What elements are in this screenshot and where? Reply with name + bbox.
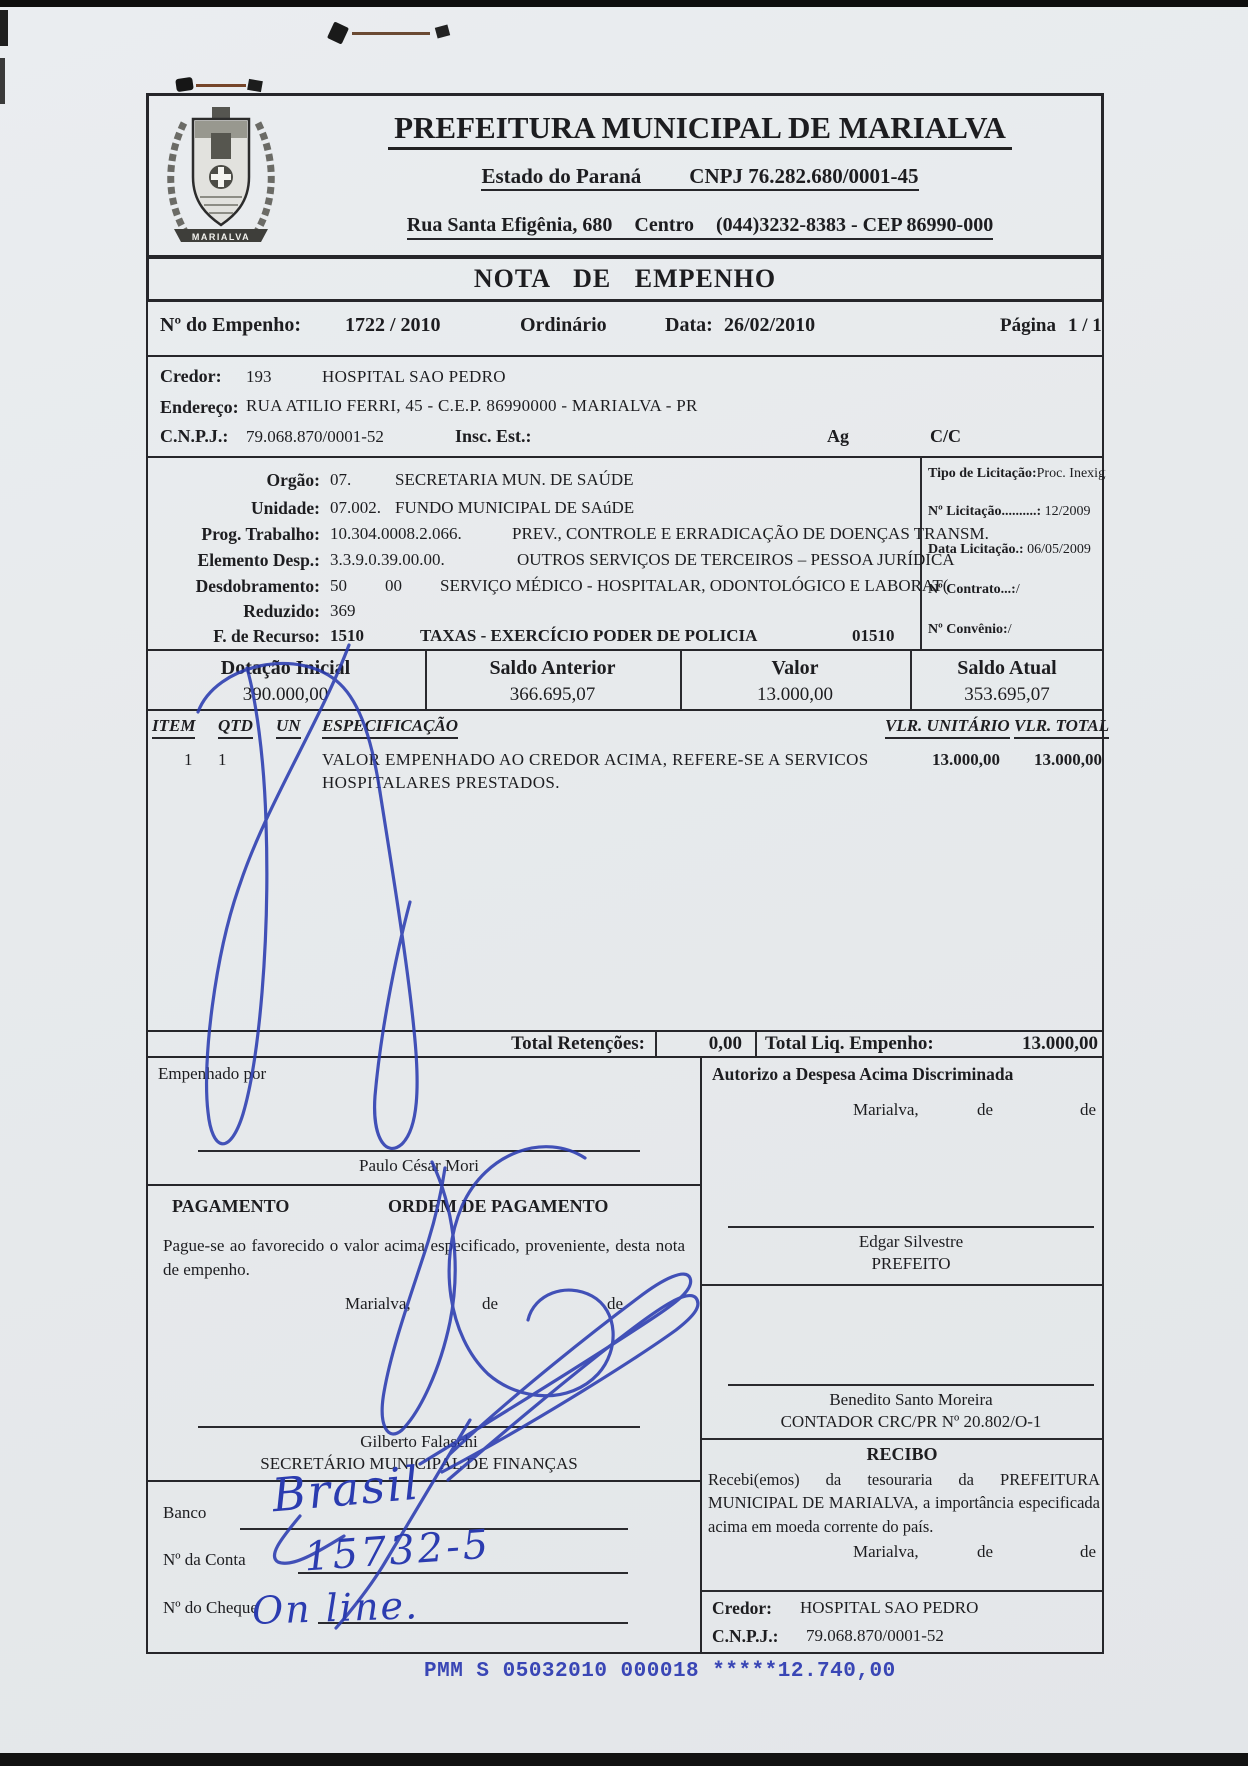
reduzido-label: Reduzido: bbox=[150, 601, 320, 621]
licitacao-data-row: Data Licitação.: 06/05/2009 bbox=[928, 542, 1106, 558]
col-header-especificacao: ESPECIFICAÇÃO bbox=[322, 716, 458, 739]
autorizo-bottom-border bbox=[702, 1284, 1102, 1286]
endereco-value: RUA ATILIO FERRI, 45 - C.E.P. 86990000 -… bbox=[246, 396, 698, 416]
col-header-qtd-text: QTD bbox=[218, 716, 253, 739]
scan-edge-left-mark bbox=[0, 10, 8, 46]
reduzido-value: 369 bbox=[330, 601, 356, 621]
orgao-desc: SECRETARIA MUN. DE SAÚDE bbox=[395, 470, 634, 490]
crest-crown bbox=[212, 107, 230, 119]
f-recurso-label: F. de Recurso: bbox=[150, 626, 320, 646]
de-right-2b: de bbox=[1080, 1542, 1096, 1562]
col-header-un-text: UN bbox=[276, 716, 301, 739]
de-right-1a: de bbox=[977, 1100, 993, 1120]
desdobramento-cod2: 00 bbox=[385, 576, 402, 596]
dotacao-inicial-header: Dotação Inicial bbox=[146, 657, 425, 680]
col-header-qtd: QTD bbox=[218, 716, 253, 739]
credor-label: Credor: bbox=[160, 366, 222, 387]
licitacao-convenio-label: Nº Convênio: bbox=[928, 622, 1008, 637]
credor-codigo: 193 bbox=[246, 367, 272, 387]
saldo-atual-header: Saldo Atual bbox=[910, 657, 1104, 680]
estado-label: Estado do Paraná bbox=[481, 164, 641, 188]
empenho-data-value: 26/02/2010 bbox=[724, 314, 815, 337]
de-left-1: de bbox=[482, 1294, 498, 1314]
conta-label: Nº da Conta bbox=[163, 1550, 246, 1570]
de-right-2a: de bbox=[977, 1542, 993, 1562]
licitacao-data-value: 06/05/2009 bbox=[1027, 542, 1091, 557]
licitacao-num-value: 12/2009 bbox=[1045, 504, 1091, 519]
edgar-signature-line bbox=[728, 1226, 1094, 1228]
scanned-page: { "header": { "title": "PREFEITURA MUNIC… bbox=[0, 0, 1248, 1766]
col-header-vlr-unitario: VLR. UNITÁRIO bbox=[885, 716, 1010, 739]
ordem-pagamento-title: ORDEM DE PAGAMENTO bbox=[388, 1196, 608, 1217]
col-header-vlr-total-text: VLR. TOTAL bbox=[1014, 716, 1109, 739]
col-header-item-text: ITEM bbox=[152, 716, 195, 739]
item-row-vlr-unitario: 13.000,00 bbox=[880, 750, 1000, 770]
header-address-underline: Rua Santa Efigênia, 680Centro(044)3232-8… bbox=[407, 214, 993, 240]
cheque-label: Nº do Cheque bbox=[163, 1598, 258, 1618]
rodape-cnpj-label: C.N.P.J.: bbox=[712, 1626, 778, 1646]
insc-est-label: Insc. Est.: bbox=[455, 426, 532, 447]
licitacao-num-row: Nº Licitação..........: 12/2009 bbox=[928, 504, 1106, 520]
cnpj-value: 79.068.870/0001-52 bbox=[246, 427, 384, 447]
crest-wreath-left bbox=[171, 123, 186, 233]
empenho-pagina-value: 1 / 1 bbox=[1068, 315, 1102, 337]
pen-mark-artifact-2-line bbox=[196, 84, 246, 87]
item-row-espec-line1: VALOR EMPENHADO AO CREDOR ACIMA, REFERE-… bbox=[322, 750, 869, 770]
cnpj-label: C.N.P.J.: bbox=[160, 426, 228, 447]
benedito-cargo: CONTADOR CRC/PR Nº 20.802/O-1 bbox=[728, 1412, 1094, 1432]
address-phone-cep: (044)3232-8383 - CEP 86990-000 bbox=[716, 214, 993, 236]
pen-mark-artifact-2-blob bbox=[247, 79, 263, 92]
licitacao-contrato-label: Nº Contrato...: bbox=[928, 582, 1016, 597]
de-left-2: de bbox=[607, 1294, 623, 1314]
f-recurso-cod: 1510 bbox=[330, 626, 364, 646]
header-estado-row: Estado do ParanáCNPJ 76.282.680/0001-45 bbox=[300, 164, 1100, 191]
header-estado-underline: Estado do ParanáCNPJ 76.282.680/0001-45 bbox=[481, 164, 918, 191]
header-title: PREFEITURA MUNICIPAL DE MARIALVA bbox=[388, 110, 1012, 150]
autorizo-box bbox=[700, 1056, 1104, 1654]
contador-bottom-border bbox=[702, 1438, 1102, 1440]
saldo-anterior-valor: 366.695,07 bbox=[425, 684, 680, 706]
total-retencoes-label: Total Retenções: bbox=[445, 1033, 645, 1055]
desdobramento-desc: SERVIÇO MÉDICO - HOSPITALAR, ODONTOLÓGIC… bbox=[440, 576, 948, 596]
handwritten-cheque: On line. bbox=[251, 1583, 419, 1633]
gilberto-nome: Gilberto Falaschi bbox=[198, 1432, 640, 1452]
item-row-qtd: 1 bbox=[218, 750, 227, 770]
saldo-anterior-header: Saldo Anterior bbox=[425, 657, 680, 680]
rodape-credor-label: Credor: bbox=[712, 1598, 772, 1618]
licitacao-tipo-row: Tipo de Licitação:Proc. Inexigibilid bbox=[928, 466, 1106, 482]
col-header-vlr-total: VLR. TOTAL bbox=[1014, 716, 1109, 739]
header-cnpj: CNPJ 76.282.680/0001-45 bbox=[689, 164, 918, 188]
licitacao-convenio-row: Nº Convênio:/ bbox=[928, 622, 1106, 638]
licitacao-contrato-value: / bbox=[1016, 582, 1020, 597]
totais-divider-1 bbox=[655, 1030, 657, 1058]
rodape-cnpj-value: 79.068.870/0001-52 bbox=[806, 1626, 944, 1646]
autorizo-title: Autorizo a Despesa Acima Discriminada bbox=[712, 1064, 1013, 1084]
rodape-credor-value: HOSPITAL SAO PEDRO bbox=[800, 1598, 978, 1618]
elemento-desp-cod: 3.3.9.0.39.00.00. bbox=[330, 550, 445, 570]
gilberto-signature-line bbox=[198, 1426, 640, 1428]
total-liq-valor: 13.000,00 bbox=[980, 1033, 1098, 1055]
f-recurso-num: 01510 bbox=[852, 626, 895, 646]
crest-banner-text: MARIALVA bbox=[192, 232, 250, 242]
elemento-desp-desc: OUTROS SERVIÇOS DE TERCEIROS – PESSOA JU… bbox=[517, 550, 955, 570]
scan-edge-bottom-strip bbox=[0, 1753, 1248, 1766]
cc-label: C/C bbox=[930, 426, 961, 447]
doc-title: NOTA DE EMPENHO bbox=[146, 264, 1104, 294]
unidade-cod: 07.002. bbox=[330, 498, 381, 518]
totais-divider-2 bbox=[755, 1030, 757, 1058]
col-header-un: UN bbox=[276, 716, 301, 739]
empenho-data-label: Data: bbox=[665, 314, 713, 337]
pen-mark-artifact-2 bbox=[175, 77, 194, 92]
pen-mark-artifact-line bbox=[352, 32, 430, 35]
empenho-number-value: 1722 / 2010 bbox=[345, 314, 441, 337]
desdobramento-label: Desdobramento: bbox=[150, 576, 320, 596]
pen-mark-artifact-blob bbox=[435, 25, 450, 39]
pague-se-texto: Pague-se ao favorecido o valor acima esp… bbox=[163, 1234, 685, 1282]
endereco-label: Endereço: bbox=[160, 397, 239, 418]
recibo-bottom-border bbox=[702, 1590, 1102, 1592]
f-recurso-desc: TAXAS - EXERCÍCIO PODER DE POLICIA bbox=[420, 626, 757, 646]
valor-valor: 13.000,00 bbox=[680, 684, 910, 706]
marialva-data-right-1: Marialva, bbox=[853, 1100, 919, 1120]
ag-label: Ag bbox=[827, 426, 849, 447]
licitacao-num-label: Nº Licitação..........: bbox=[928, 504, 1041, 519]
address-street: Rua Santa Efigênia, 680 bbox=[407, 214, 613, 236]
empenhado-por-label: Empenhado por bbox=[158, 1064, 266, 1084]
pagamento-title: PAGAMENTO bbox=[172, 1196, 289, 1217]
paulo-nome: Paulo César Mori bbox=[198, 1156, 640, 1176]
marialva-data-left: Marialva, bbox=[345, 1294, 411, 1314]
item-row-vlr-total: 13.000,00 bbox=[984, 750, 1102, 770]
elemento-desp-label: Elemento Desp.: bbox=[150, 550, 320, 570]
edgar-nome: Edgar Silvestre bbox=[728, 1232, 1094, 1252]
crest-wreath-right bbox=[256, 123, 271, 233]
empenho-pagina-label: Página bbox=[1000, 315, 1056, 337]
prog-trabalho-cod: 10.304.0008.2.066. bbox=[330, 524, 462, 544]
licitacao-tipo-label: Tipo de Licitação: bbox=[928, 466, 1037, 481]
empenho-tipo: Ordinário bbox=[520, 314, 607, 337]
col-header-vlr-unitario-text: VLR. UNITÁRIO bbox=[885, 716, 1010, 739]
licitacao-tipo-value: Proc. Inexigibilid bbox=[1037, 466, 1106, 481]
marialva-data-right-2: Marialva, bbox=[853, 1542, 919, 1562]
benedito-signature-line bbox=[728, 1384, 1094, 1386]
paulo-signature-line bbox=[198, 1150, 640, 1152]
total-retencoes-valor: 0,00 bbox=[660, 1033, 742, 1055]
unidade-desc: FUNDO MUNICIPAL DE SAúDE bbox=[395, 498, 634, 518]
valor-header: Valor bbox=[680, 657, 910, 680]
benedito-nome: Benedito Santo Moreira bbox=[728, 1390, 1094, 1410]
orgao-cod: 07. bbox=[330, 470, 351, 490]
de-right-1b: de bbox=[1080, 1100, 1096, 1120]
recibo-texto: Recebi(emos) da tesouraria da PREFEITURA… bbox=[708, 1468, 1100, 1538]
dotacao-inicial-valor: 390.000,00 bbox=[146, 684, 425, 706]
empenho-number-label: Nº do Empenho: bbox=[160, 314, 301, 337]
edgar-cargo: PREFEITO bbox=[728, 1254, 1094, 1274]
saldo-atual-valor: 353.695,07 bbox=[910, 684, 1104, 706]
banco-label: Banco bbox=[163, 1503, 206, 1523]
total-liq-label: Total Liq. Empenho: bbox=[765, 1033, 934, 1055]
licitacao-convenio-value: / bbox=[1008, 622, 1012, 637]
licitacao-data-label: Data Licitação.: bbox=[928, 542, 1024, 557]
col-header-especificacao-text: ESPECIFICAÇÃO bbox=[322, 716, 458, 739]
municipal-crest: MARIALVA bbox=[162, 101, 280, 253]
scan-edge-top-strip bbox=[0, 0, 1248, 7]
orgao-label: Orgão: bbox=[150, 470, 320, 490]
header-title-row: PREFEITURA MUNICIPAL DE MARIALVA bbox=[300, 110, 1100, 146]
licitacao-contrato-row: Nº Contrato...:/ bbox=[928, 582, 1106, 598]
recibo-title: RECIBO bbox=[700, 1444, 1104, 1465]
col-header-item: ITEM bbox=[152, 716, 195, 739]
desdobramento-cod1: 50 bbox=[330, 576, 347, 596]
item-row-item: 1 bbox=[184, 750, 193, 770]
credor-nome: HOSPITAL SAO PEDRO bbox=[322, 367, 506, 387]
scan-edge-left-mark-2 bbox=[0, 58, 5, 104]
prog-trabalho-label: Prog. Trabalho: bbox=[150, 524, 320, 544]
prog-trabalho-desc: PREV., CONTROLE E ERRADICAÇÃO DE DOENÇAS… bbox=[512, 524, 989, 544]
crest-cross-h bbox=[211, 174, 231, 180]
stamp-text: PMM S 05032010 000018 *****12.740,00 bbox=[424, 1660, 896, 1684]
unidade-label: Unidade: bbox=[150, 498, 320, 518]
item-row-espec-line2: HOSPITALARES PRESTADOS. bbox=[322, 773, 560, 793]
crest-tower bbox=[211, 133, 231, 159]
address-district: Centro bbox=[634, 214, 694, 236]
pen-mark-artifact bbox=[327, 21, 349, 44]
header-address-row: Rua Santa Efigênia, 680Centro(044)3232-8… bbox=[300, 214, 1100, 240]
